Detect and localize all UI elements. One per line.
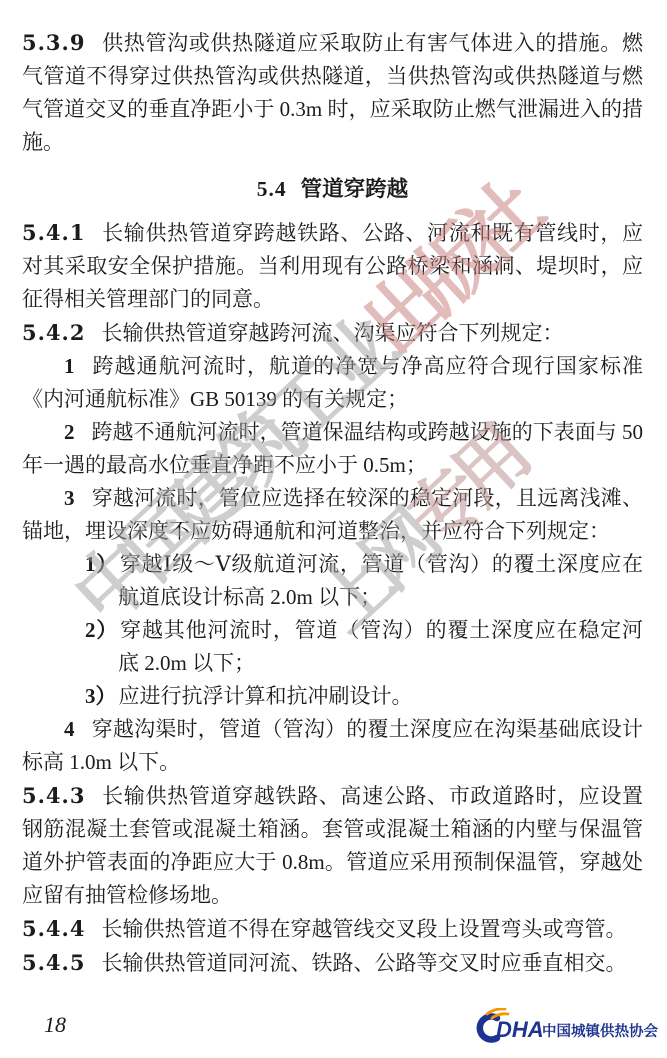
item-number: 2 [64, 420, 75, 444]
sub-item-2: 2）穿越其他河流时，管道（管沟）的覆土深度应在稳定河底 2.0m 以下； [22, 614, 643, 680]
clause-5-3-9: 5.3.9供热管沟或供热隧道应采取防止有害气体进入的措施。燃气管道不得穿过供热管… [22, 26, 643, 159]
item-number: 3 [64, 486, 75, 510]
dha-association-name: 中国城镇供热协会 [542, 1022, 658, 1040]
sub-item-text: 穿越Ⅰ级～Ⅴ级航道河流，管道（管沟）的覆土深度应在航道底设计标高 2.0m 以下… [118, 552, 643, 609]
clause-number: 5.4.4 [22, 916, 85, 941]
sub-item-number: 3） [85, 684, 117, 708]
section-title: 管道穿跨越 [301, 177, 409, 201]
sub-item-number: 1） [85, 552, 118, 576]
clause-text: 长输供热管道不得在穿越管线交叉段上设置弯头或弯管。 [101, 917, 626, 941]
clause-number: 5.4.1 [22, 220, 85, 245]
clause-text: 长输供热管道穿越跨河流、沟渠应符合下列规定： [101, 321, 563, 345]
sub-item-1: 1）穿越Ⅰ级～Ⅴ级航道河流，管道（管沟）的覆土深度应在航道底设计标高 2.0m … [22, 548, 643, 614]
sub-item-text: 应进行抗浮计算和抗冲刷设计。 [119, 684, 413, 708]
clause-text: 长输供热管道穿跨越铁路、公路、河流和既有管线时，应对其采取安全保护措施。当利用现… [22, 221, 643, 311]
list-item-1: 1跨越通航河流时，航道的净宽与净高应符合现行国家标准《内河通航标准》GB 501… [22, 350, 643, 416]
clause-text: 长输供热管道穿越铁路、高速公路、市政道路时，应设置钢筋混凝土套管或混凝土箱涵。套… [22, 784, 643, 907]
clause-number: 5.3.9 [22, 30, 85, 55]
section-heading-5-4: 5.4管道穿跨越 [22, 173, 643, 206]
clause-text: 供热管沟或供热隧道应采取防止有害气体进入的措施。燃气管道不得穿过供热管沟或供热隧… [22, 31, 643, 154]
clause-number: 5.4.3 [22, 783, 85, 808]
list-item-2: 2跨越不通航河流时，管道保温结构或跨越设施的下表面与 50 年一遇的最高水位垂直… [22, 416, 643, 482]
clause-5-4-2: 5.4.2长输供热管道穿越跨河流、沟渠应符合下列规定： [22, 316, 643, 350]
clause-5-4-4: 5.4.4长输供热管道不得在穿越管线交叉段上设置弯头或弯管。 [22, 912, 643, 946]
dha-logo-text: DHA [496, 1017, 544, 1042]
page-number: 18 [44, 1012, 66, 1038]
list-item-3: 3穿越河流时，管位应选择在较深的稳定河段，且远离浅滩、锚地，埋设深度不应妨碍通航… [22, 482, 643, 548]
item-number: 4 [64, 717, 75, 741]
item-text: 跨越不通航河流时，管道保温结构或跨越设施的下表面与 50 年一遇的最高水位垂直净… [22, 420, 643, 477]
clause-5-4-3: 5.4.3长输供热管道穿越铁路、高速公路、市政道路时，应设置钢筋混凝土套管或混凝… [22, 779, 643, 912]
clause-5-4-5: 5.4.5长输供热管道同河流、铁路、公路等交叉时应垂直相交。 [22, 946, 643, 980]
sub-item-3: 3）应进行抗浮计算和抗冲刷设计。 [22, 680, 643, 713]
clause-5-4-1: 5.4.1长输供热管道穿跨越铁路、公路、河流和既有管线时，应对其采取安全保护措施… [22, 216, 643, 316]
section-number: 5.4 [257, 177, 287, 201]
item-text: 穿越沟渠时，管道（管沟）的覆土深度应在沟渠基础底设计标高 1.0m 以下。 [22, 717, 643, 774]
document-page: 中国建筑工业出版社 上网专用 5.3.9供热管沟或供热隧道应采取防止有害气体进入… [0, 0, 667, 1058]
page-body: 5.3.9供热管沟或供热隧道应采取防止有害气体进入的措施。燃气管道不得穿过供热管… [22, 26, 643, 980]
clause-number: 5.4.2 [22, 320, 85, 345]
list-item-4: 4穿越沟渠时，管道（管沟）的覆土深度应在沟渠基础底设计标高 1.0m 以下。 [22, 713, 643, 779]
item-text: 跨越通航河流时，航道的净宽与净高应符合现行国家标准《内河通航标准》GB 5013… [22, 354, 643, 411]
clause-text: 长输供热管道同河流、铁路、公路等交叉时应垂直相交。 [101, 951, 626, 975]
item-text: 穿越河流时，管位应选择在较深的稳定河段，且远离浅滩、锚地，埋设深度不应妨碍通航和… [22, 486, 643, 543]
sub-item-text: 穿越其他河流时，管道（管沟）的覆土深度应在稳定河底 2.0m 以下； [118, 618, 643, 675]
sub-item-number: 2） [85, 618, 118, 642]
clause-number: 5.4.5 [22, 950, 85, 975]
item-number: 1 [64, 354, 75, 378]
dha-logo: DHA 中国城镇供热协会 [475, 1008, 661, 1051]
